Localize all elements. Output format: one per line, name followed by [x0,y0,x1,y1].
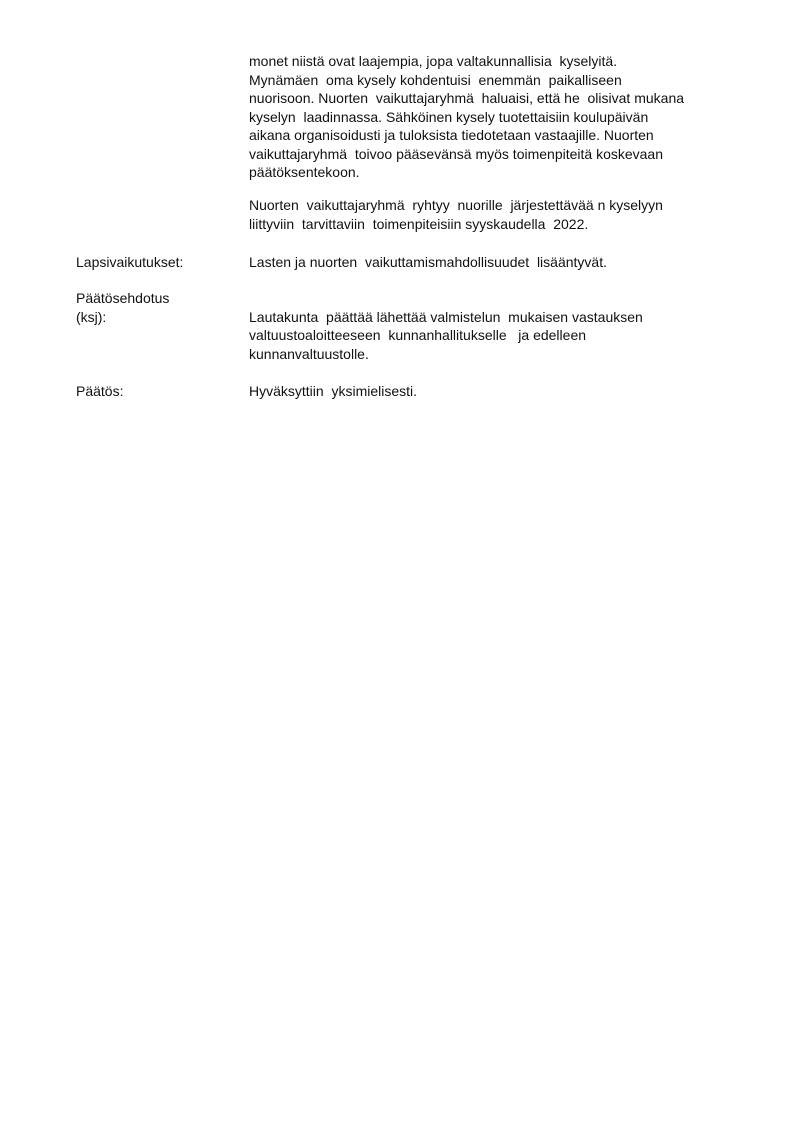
label-line: (ksj): [76,308,246,327]
paragraph-line: Mynämäen oma kysely kohdentuisi enemmän … [249,71,749,90]
paragraph-line: vaikuttajaryhmä toivoo pääsevänsä myös t… [249,145,749,164]
paragraph-line: aikana organisoidusti ja tuloksista tied… [249,126,749,145]
action-paragraph: Nuorten vaikuttajaryhmä ryhtyy nuorille … [249,196,749,233]
paragraph-line: Nuorten vaikuttajaryhmä ryhtyy nuorille … [249,196,749,215]
value-line: Lautakunta päättää lähettää valmistelun … [249,308,749,327]
section-value: Lasten ja nuorten vaikuttamismahdollisuu… [249,253,749,272]
document-page: monet niistä ovat laajempia, jopa valtak… [0,0,794,1122]
value-line: kunnanvaltuustolle. [249,345,749,364]
section-value: Lautakunta päättää lähettää valmistelun … [249,308,749,364]
section-value: Hyväksyttiin yksimielisesti. [249,382,749,401]
paragraph-line: nuorisoon. Nuorten vaikuttajaryhmä halua… [249,89,749,108]
continuation-paragraph: monet niistä ovat laajempia, jopa valtak… [249,52,749,182]
label-line: Päätös: [76,382,246,401]
value-line: Hyväksyttiin yksimielisesti. [249,382,749,401]
section-label: Lapsivaikutukset: [76,253,246,272]
label-line: Lapsivaikutukset: [76,253,246,272]
paragraph-line: liittyviin tarvittaviin toimenpiteisiin … [249,215,749,234]
value-line: Lasten ja nuorten vaikuttamismahdollisuu… [249,253,749,272]
value-line: valtuustoaloitteeseen kunnanhallituksell… [249,326,749,345]
label-line: Päätösehdotus [76,289,246,308]
paragraph-line: kyselyn laadinnassa. Sähköinen kysely tu… [249,108,749,127]
section-label: Päätösehdotus (ksj): [76,289,246,326]
paragraph-line: monet niistä ovat laajempia, jopa valtak… [249,52,749,71]
paragraph-line: päätöksentekoon. [249,163,749,182]
section-label: Päätös: [76,382,246,401]
